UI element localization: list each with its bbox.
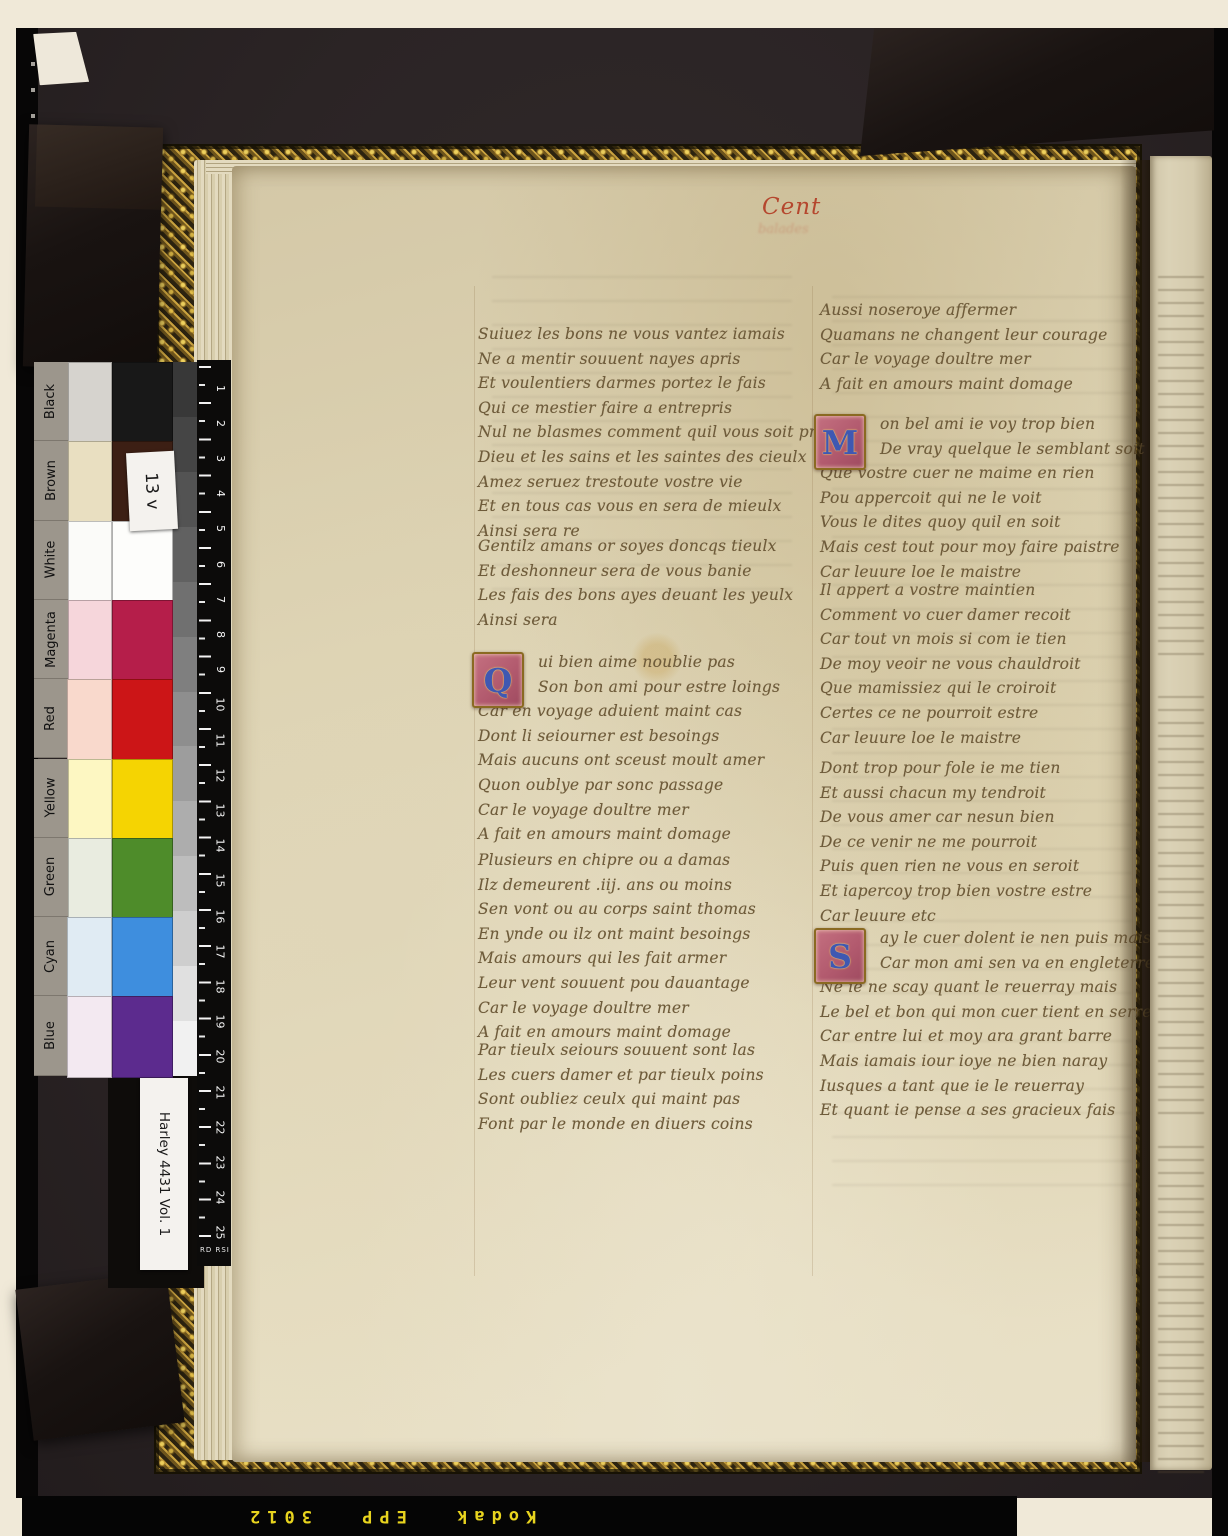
ruler-number: 8 bbox=[210, 616, 230, 652]
illuminated-initial: M bbox=[814, 414, 866, 470]
measurement-ruler: 1234567891011121314151617181920212223242… bbox=[197, 360, 231, 1266]
color-bar-label-text: Green bbox=[44, 857, 59, 896]
poem-line: Qui ce mestier faire a entrepris bbox=[478, 396, 830, 421]
grayscale-step bbox=[173, 417, 197, 472]
color-bar-label-text: Brown bbox=[44, 460, 59, 501]
color-bar-row: White bbox=[34, 521, 173, 600]
ruler-footer-label: RD RSI bbox=[200, 1246, 230, 1254]
film-brand-text: Kodak EPP 3012 bbox=[243, 1506, 536, 1526]
manuscript-photograph: Cent balades Suiuez les bons ne vous van… bbox=[0, 0, 1228, 1536]
ruler-number-text: 3 bbox=[214, 455, 227, 462]
color-bar-label-text: Blue bbox=[43, 1021, 58, 1050]
ruler-number: 2 bbox=[210, 405, 230, 441]
ruler-number-text: 19 bbox=[214, 1015, 227, 1029]
swatch-pale bbox=[67, 917, 112, 998]
ruler-number-text: 15 bbox=[214, 874, 227, 888]
poem-stanza: Par tieulx seiours souuent sont lasLes c… bbox=[478, 1038, 830, 1136]
ruler-number: 11 bbox=[210, 722, 230, 758]
ruler-number: 15 bbox=[210, 863, 230, 899]
color-bar-label: Black bbox=[34, 362, 68, 441]
poem-line: Car le voyage doultre mer bbox=[478, 798, 830, 823]
color-bar-label: White bbox=[34, 521, 68, 600]
poem-line: Font par le monde en diuers coins bbox=[478, 1112, 830, 1137]
poem-line: ui bien aime noublie pas bbox=[478, 650, 830, 675]
swatch-pale bbox=[68, 838, 112, 919]
poem-line: Leur vent souuent pou dauantage bbox=[478, 971, 830, 996]
poem-stanza: Suiuez les bons ne vous vantez iamaisNe … bbox=[478, 322, 830, 543]
ruler-number: 1 bbox=[210, 370, 230, 406]
grayscale-step bbox=[173, 746, 197, 801]
ruler-number-text: 18 bbox=[214, 979, 227, 993]
ruler-number-text: 21 bbox=[214, 1085, 227, 1099]
poem-line: Plusieurs en chipre ou a damas bbox=[478, 848, 830, 873]
facing-page-text-ghost bbox=[1158, 696, 1204, 1116]
ruler-number-text: 5 bbox=[214, 525, 227, 532]
color-bar-label-text: Magenta bbox=[44, 611, 59, 668]
poem-line: Ne a mentir souuent nayes apris bbox=[478, 347, 830, 372]
grayscale-step bbox=[173, 911, 197, 966]
swatch-pale bbox=[67, 996, 112, 1077]
poem-line: A fait en amours maint domage bbox=[478, 822, 830, 847]
poem-line: En ynde ou ilz ont maint besoings bbox=[478, 922, 830, 947]
ruler-number-text: 13 bbox=[214, 803, 227, 817]
ruler-number-text: 11 bbox=[214, 733, 227, 747]
swatch-pale bbox=[68, 759, 112, 840]
film-edge-right bbox=[1212, 28, 1228, 1536]
book-weight-top-left bbox=[23, 124, 163, 369]
color-bar-label: Yellow bbox=[34, 759, 68, 838]
ruler-number-text: 24 bbox=[214, 1191, 227, 1205]
ruler-number: 19 bbox=[210, 1004, 230, 1040]
color-bar-label-text: Yellow bbox=[44, 778, 59, 818]
color-bar-label-text: Red bbox=[43, 706, 58, 731]
swatch-pale bbox=[67, 679, 112, 760]
manuscript-page-13v: Cent balades Suiuez les bons ne vous van… bbox=[232, 166, 1136, 1462]
ruler-number-text: 17 bbox=[214, 944, 227, 958]
swatch-full bbox=[112, 679, 173, 760]
color-bar-row: Blue bbox=[34, 996, 173, 1075]
shelfmark-sticker: Harley 4431 Vol. 1 bbox=[140, 1078, 188, 1270]
swatch-full bbox=[112, 521, 173, 602]
grayscale-step bbox=[173, 637, 197, 692]
color-bar-label-text: Cyan bbox=[43, 940, 58, 973]
poem-line: Par tieulx seiours souuent sont las bbox=[478, 1038, 830, 1063]
poem-line: Dont li seiourner est besoings bbox=[478, 724, 830, 749]
ruler-number: 6 bbox=[210, 546, 230, 582]
swatch-full bbox=[112, 362, 173, 443]
poem-line: Dieu et les sains et les saintes des cie… bbox=[478, 445, 830, 470]
color-bar-label: Red bbox=[34, 679, 67, 758]
color-bar-row: Cyan bbox=[34, 917, 173, 996]
swatch-pale bbox=[68, 600, 112, 681]
poem-line: Car le voyage doultre mer bbox=[478, 996, 830, 1021]
ruler-number: 10 bbox=[210, 687, 230, 723]
swatch-full bbox=[112, 996, 173, 1077]
ruler-number: 13 bbox=[210, 792, 230, 828]
poem-line: Amez seruez trestoute vostre vie bbox=[478, 470, 830, 495]
ruler-number: 16 bbox=[210, 898, 230, 934]
facing-page-text-ghost bbox=[1158, 1146, 1204, 1476]
poem-line: Quon oublye par sonc passage bbox=[478, 773, 830, 798]
ruler-number: 14 bbox=[210, 828, 230, 864]
ruler-number: 9 bbox=[210, 652, 230, 688]
color-bar-row: Green bbox=[34, 838, 173, 917]
color-bar-label: Blue bbox=[34, 996, 67, 1075]
poem-line: Ilz demeurent .iij. ans ou moins bbox=[478, 873, 830, 898]
ruler-number: 18 bbox=[210, 968, 230, 1004]
poem-line: Les fais des bons ayes deuant les yeulx bbox=[478, 583, 830, 608]
book-weight-bottom-left bbox=[15, 1271, 184, 1440]
poem-line: Ainsi sera bbox=[478, 608, 830, 633]
poem-line: Sont oubliez ceulx qui maint pas bbox=[478, 1087, 830, 1112]
color-bar-label: Brown bbox=[34, 441, 68, 520]
grayscale-step bbox=[173, 362, 197, 417]
color-bar-label-text: Black bbox=[44, 384, 59, 419]
ruler-number-text: 2 bbox=[214, 420, 227, 427]
poem-line: Nul ne blasmes comment quil vous soit pr… bbox=[478, 420, 830, 445]
grayscale-step bbox=[173, 1021, 197, 1076]
folio-number-sticker: 13 v bbox=[126, 451, 178, 531]
grayscale-step bbox=[173, 582, 197, 637]
grayscale-step bbox=[173, 856, 197, 911]
swatch-pale bbox=[68, 362, 112, 443]
ruler-number-text: 1 bbox=[214, 385, 227, 392]
poem-line: Gentilz amans or soyes doncqs tieulx bbox=[478, 534, 830, 559]
ruler-number: 21 bbox=[210, 1074, 230, 1110]
swatch-full bbox=[112, 917, 173, 998]
grayscale-step bbox=[173, 527, 197, 582]
grayscale-step bbox=[173, 692, 197, 747]
gutter-shadow bbox=[1120, 160, 1154, 1462]
facing-page-text-ghost bbox=[1158, 276, 1204, 656]
ruler-number-text: 20 bbox=[214, 1050, 227, 1064]
ruler-number-text: 22 bbox=[214, 1120, 227, 1134]
film-rebate-strip: Kodak EPP 3012 bbox=[22, 1496, 1017, 1536]
color-bar-label-text: White bbox=[44, 541, 59, 579]
poem-line: Mais amours qui les fait armer bbox=[478, 946, 830, 971]
ruler-number-text: 4 bbox=[214, 490, 227, 497]
ruler-ticks-minor bbox=[199, 384, 205, 1244]
poem-line: Car en voyage aduient maint cas bbox=[478, 699, 830, 724]
color-bar-row: Magenta bbox=[34, 600, 173, 679]
ruler-number: 4 bbox=[210, 476, 230, 512]
facing-page-strip bbox=[1150, 156, 1212, 1470]
poem-stanza: Gentilz amans or soyes doncqs tieulxEt d… bbox=[478, 534, 830, 632]
swatch-full bbox=[112, 600, 173, 681]
poem-line: Son bon ami pour estre loings bbox=[478, 675, 830, 700]
swatch-pale bbox=[68, 441, 112, 522]
color-bar-row: Yellow bbox=[34, 759, 173, 838]
ruler-number-text: 14 bbox=[214, 839, 227, 853]
grayscale-step bbox=[173, 966, 197, 1021]
grayscale-step-wedge bbox=[173, 362, 197, 1076]
ruler-number-text: 9 bbox=[214, 666, 227, 673]
ruler-number-text: 12 bbox=[214, 768, 227, 782]
ruler-number: 5 bbox=[210, 511, 230, 547]
rubric-heading: Cent bbox=[762, 194, 821, 220]
color-bar-label: Cyan bbox=[34, 917, 67, 996]
rubric-ghost-text: balades bbox=[758, 222, 809, 237]
color-bar-label: Green bbox=[34, 838, 68, 917]
color-bar-row: Black bbox=[34, 362, 173, 441]
illuminated-initial: S bbox=[814, 928, 866, 984]
poem-line: Et en tous cas vous en sera de mieulx bbox=[478, 494, 830, 519]
ruler-number-text: 8 bbox=[214, 631, 227, 638]
ruler-number-text: 6 bbox=[214, 561, 227, 568]
folio-number-text: 13 v bbox=[141, 472, 163, 510]
ruler-number: 20 bbox=[210, 1039, 230, 1075]
ruler-number: 17 bbox=[210, 933, 230, 969]
illuminated-initial: Q bbox=[472, 652, 524, 708]
shelfmark-text: Harley 4431 Vol. 1 bbox=[156, 1112, 172, 1236]
swatch-full bbox=[112, 759, 173, 840]
ruler-number-text: 16 bbox=[214, 909, 227, 923]
poem-line: Suiuez les bons ne vous vantez iamais bbox=[478, 322, 830, 347]
poem-line: Et deshonneur sera de vous banie bbox=[478, 559, 830, 584]
ruler-number-text: 10 bbox=[214, 698, 227, 712]
color-bar-row: Red bbox=[34, 679, 173, 758]
poem-stanza: Qui bien aime noublie pasSon bon ami pou… bbox=[478, 650, 830, 847]
ruler-number: 3 bbox=[210, 440, 230, 476]
poem-line: Mais aucuns ont sceust moult amer bbox=[478, 748, 830, 773]
ruler-number: 22 bbox=[210, 1109, 230, 1145]
ruler-number: 24 bbox=[210, 1180, 230, 1216]
ruled-column-line bbox=[474, 286, 475, 1276]
poem-line: Les cuers damer et par tieulx poins bbox=[478, 1063, 830, 1088]
ruler-number: 12 bbox=[210, 757, 230, 793]
swatch-full bbox=[112, 838, 173, 919]
ruler-number-text: 23 bbox=[214, 1155, 227, 1169]
ruler-number: 7 bbox=[210, 581, 230, 617]
ruler-number: 23 bbox=[210, 1144, 230, 1180]
poem-line: Sen vont ou au corps saint thomas bbox=[478, 897, 830, 922]
ruler-number-text: 7 bbox=[214, 596, 227, 603]
grayscale-step bbox=[173, 801, 197, 856]
color-bar-label: Magenta bbox=[34, 600, 68, 679]
poem-stanza: Plusieurs en chipre ou a damasIlz demeur… bbox=[478, 848, 830, 1045]
ruler-number-text: 25 bbox=[214, 1226, 227, 1240]
poem-line: Et voulentiers darmes portez le fais bbox=[478, 371, 830, 396]
swatch-pale bbox=[68, 521, 112, 602]
